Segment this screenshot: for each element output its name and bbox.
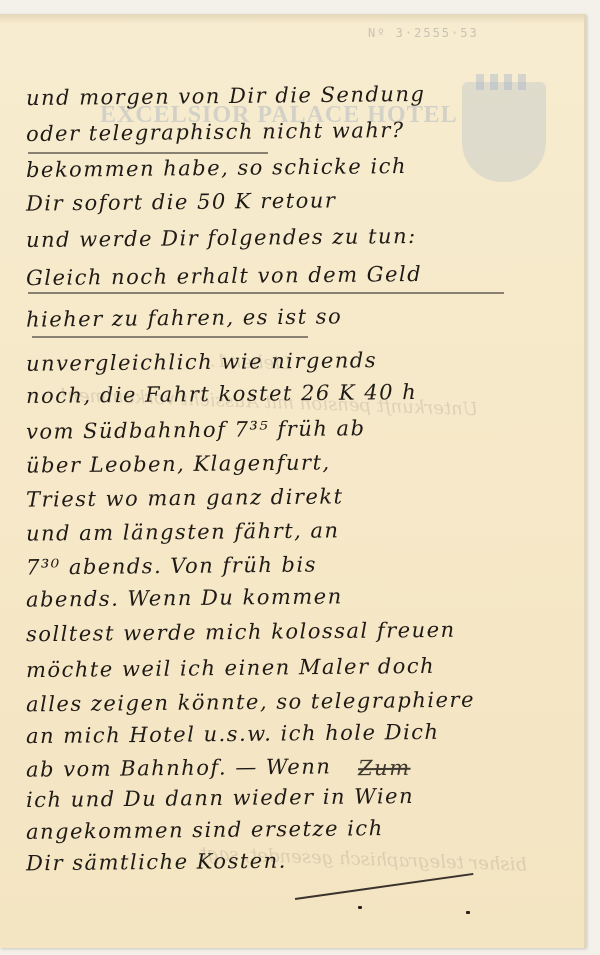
text-line: ich und Du dann wieder in Wien [26,784,414,812]
text-line: ab vom Bahnhof. — Wenn [26,754,332,781]
text-line: noch, die Fahrt kostet 26 K 40 h [26,380,417,408]
text-line: Triest wo man ganz direkt [26,484,344,511]
text-line: solltest werde mich kolossal freuen [26,618,456,646]
text-line: über Leoben, Klagenfurt, [26,450,331,477]
text-line: an mich Hotel u.s.w. ich hole Dich [26,720,440,748]
text-line: bekommen habe, so schicke ich [26,154,407,182]
text-line: und morgen von Dir die Sendung [26,82,426,110]
underline-mark [32,336,308,338]
text-line: und am längsten fährt, an [26,518,340,545]
text-line: oder telegraphisch nicht wahr? [26,118,405,146]
text-line: unvergleichlich wie nirgends [26,348,377,376]
struck-out-word: Zum [358,756,411,781]
ink-dot [358,906,362,909]
text-line: hieher zu fahren, es ist so [26,304,342,331]
text-line: 7³⁰ abends. Von früh bis [26,552,317,579]
text-line: Dir sofort die 50 K retour [26,188,337,215]
text-line: möchte weil ich einen Maler doch [26,654,435,682]
hotel-crest-watermark-icon [462,82,546,182]
archive-reference-number: Nº 3·2555·53 [368,26,479,40]
text-line: abends. Wenn Du kommen [26,584,343,611]
ink-dot [466,911,470,914]
text-line: und werde Dir folgendes zu tun: [26,224,417,252]
text-line: angekommen sind ersetze ich [26,816,384,844]
text-line: Dir sämtliche Kosten. [26,849,287,876]
text-line: alles zeigen könnte, so telegraphiere [26,688,475,717]
underline-mark [28,292,504,294]
underline-mark [28,152,268,154]
text-line: Gleich noch erhalt von dem Geld [26,262,422,290]
text-line: vom Südbahnhof 7³⁵ früh ab [26,416,366,444]
